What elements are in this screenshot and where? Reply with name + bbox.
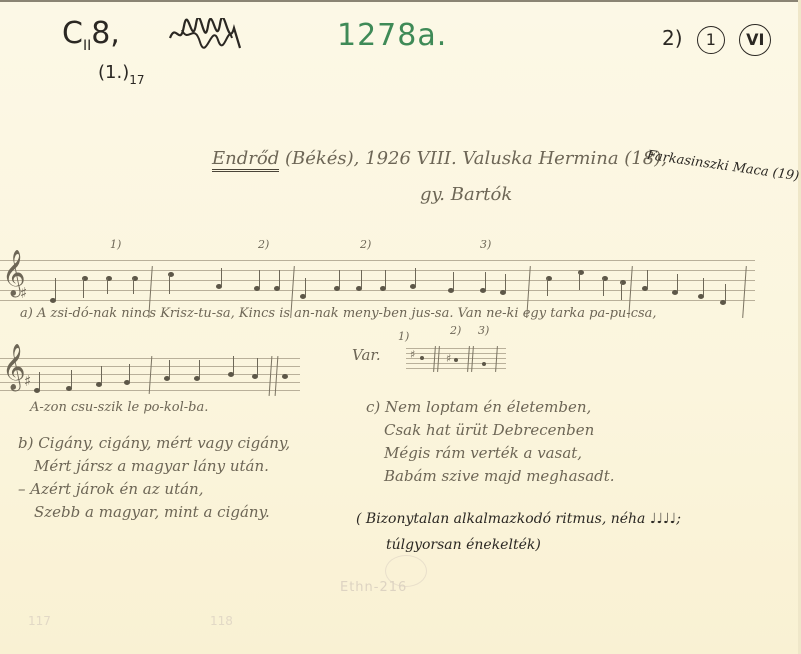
archive-number: 1278a. <box>337 18 447 53</box>
faint-stamp: Ethn-216 <box>340 580 407 595</box>
catalog-reference: CII8, <box>62 16 120 54</box>
manuscript-page: CII8, (1.)17 1278a. 2) 1 VI Endrőd (Béké… <box>0 0 801 654</box>
verse-c-line: Csak hat ürüt Debrecenben <box>366 419 615 442</box>
music-staff-2: 𝄞 ♯ <box>0 350 310 400</box>
footnote-mark: 2) <box>258 238 269 251</box>
crossed-out-scribble <box>168 18 244 52</box>
verse-c-line: Mégis rám verték a vasat, <box>366 442 615 465</box>
sub-reference-number: 17 <box>129 73 144 87</box>
lyrics-line-a: a) A zsi-dó-nak nincs Krisz-tu-sa, Kincs… <box>20 306 657 321</box>
verse-b-line: b) Cigány, cigány, mért vagy cigány, <box>18 432 290 455</box>
footnote-mark: 2) <box>450 324 461 337</box>
footnote-mark: 2) <box>360 238 371 251</box>
sharp-icon: ♯ <box>20 284 27 302</box>
rhythm-note-line: ( Bizonytalan alkalmazkodó ritmus, néha … <box>356 506 681 532</box>
verse-b-line: Szebb a magyar, mint a cigány. <box>18 501 290 524</box>
sharp-icon: ♯ <box>24 372 31 390</box>
collector-name: gy. Bartók <box>420 184 512 205</box>
rhythm-note: ( Bizonytalan alkalmazkodó ritmus, néha … <box>356 506 681 558</box>
catalog-number: 8, <box>91 16 120 51</box>
paper-top-edge <box>0 0 801 2</box>
footnote-mark: 3) <box>478 324 489 337</box>
footnote-mark: 1) <box>398 330 409 343</box>
place-name: Endrőd <box>212 148 279 172</box>
verse-b: b) Cigány, cigány, mért vagy cigány, Mér… <box>18 432 290 524</box>
provenance-line: Endrőd (Békés), 1926 VIII. Valuska Hermi… <box>212 148 667 169</box>
verse-b-line: Mért jársz a magyar lány után. <box>18 455 290 478</box>
variant-staff: 1) 2) 3) ♯ ♯ <box>406 344 506 374</box>
sub-reference: (1.)17 <box>98 62 145 83</box>
variant-number: 2) <box>662 26 683 50</box>
circled-number-1: 1 <box>697 26 725 54</box>
sub-reference-label: (1.) <box>98 62 129 83</box>
catalog-roman: II <box>83 38 91 54</box>
variant-markers: 2) 1 VI <box>662 24 771 56</box>
footnote-mark: 3) <box>480 238 491 251</box>
second-singer: Farkasinszki Maca (19) <box>646 148 800 184</box>
variant-label: Var. <box>352 346 381 364</box>
verse-c: c) Nem loptam én életemben, Csak hat ürü… <box>366 396 615 488</box>
date-and-singer: (Békés), 1926 VIII. Valuska Hermina (18)… <box>285 148 667 169</box>
faint-corner-mark: 117 <box>28 614 51 628</box>
music-staff-1: 𝄞 ♯ 1) 2) 2) 3) <box>0 248 760 308</box>
treble-clef-icon: 𝄞 <box>2 344 26 390</box>
verse-c-line: c) Nem loptam én életemben, <box>366 396 615 419</box>
circled-roman-6: VI <box>739 24 771 56</box>
faint-corner-mark: 118 <box>210 614 233 628</box>
lyrics-line-a2: A-zon csu-szik le po-kol-ba. <box>30 400 208 415</box>
footnote-mark: 1) <box>110 238 121 251</box>
catalog-letter: C <box>62 16 83 51</box>
verse-c-line: Babám szive majd meghasadt. <box>366 465 615 488</box>
verse-b-line: – Azért járok én az után, <box>18 478 290 501</box>
